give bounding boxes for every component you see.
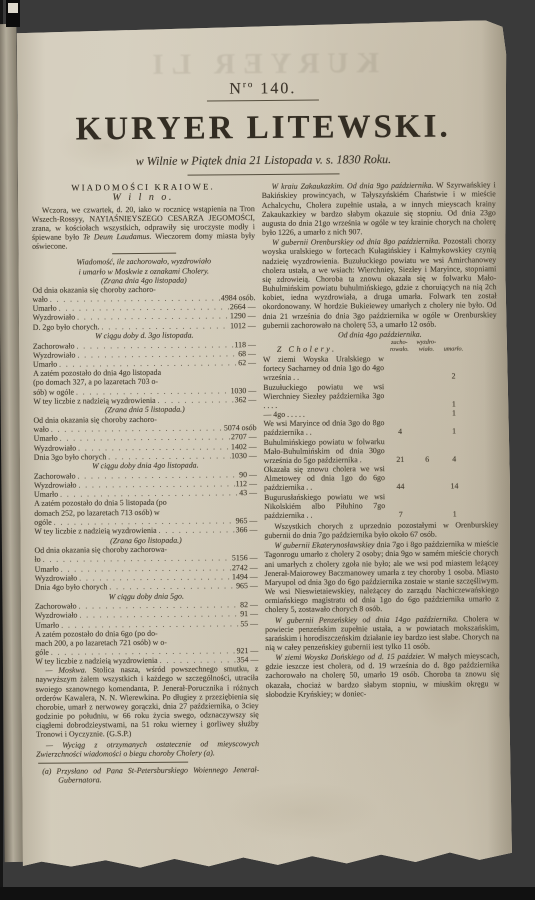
stat-label: Umarło — [33, 360, 57, 369]
stat-label: Zachorowało — [33, 341, 75, 350]
stat-value: 1030 — — [231, 451, 257, 460]
table-row-label: Buhulmińskiego powiatu w folwarku Mało-B… — [264, 437, 387, 465]
table-row: Buhulmińskiego powiatu w folwarku Mało-B… — [264, 436, 468, 465]
left-column: WIADOMOŚCI KRAIOWE. W i l n o. Wczora, w… — [32, 182, 260, 785]
paragraph-text: Stolica nasza, wśród powszechnego smutku… — [35, 664, 258, 739]
footnote: (a) Przysłano od Pana St-Petersburskiego… — [36, 765, 259, 785]
paragraph-lead: — Moskwa. — [45, 666, 86, 675]
corner-tag-mark — [8, 3, 18, 13]
table-date-heading: Od dnia 4go października. — [263, 329, 497, 340]
stat-value: 5074 osób — [224, 423, 257, 432]
scan-bottom-band — [0, 887, 535, 900]
intro-paragraph: Wczora, we czwartek, d. 20, iako w roczn… — [32, 204, 255, 252]
table-cell-u: 2 — [440, 372, 467, 381]
stat-value: 68 — — [238, 349, 256, 358]
table-row: W ziemi Woyska Uralskiego w fortecy Sach… — [263, 354, 467, 383]
excerpt-paragraph: — Wyciąg z otrzymanych ostatecznie od mi… — [36, 739, 259, 759]
stat-value: 366 — — [236, 525, 258, 534]
table-row: Okazała się znowu cholera we wsi Almetow… — [264, 463, 468, 492]
issue-underline — [207, 100, 319, 102]
dateline-rule — [188, 174, 340, 176]
left-stats-flow: Od dnia okazania się choroby zachoro-wał… — [32, 284, 258, 666]
newspaper-page: KURYER LI Nro 140. KURYER LITEWSKI. w Wi… — [15, 20, 514, 872]
corner-tag — [6, 0, 20, 27]
table-header-row: Z Cholery. zacho-rowało. wyzdro-wiało. u… — [263, 339, 467, 354]
stat-label: Wyzdrowiało — [34, 481, 77, 490]
stat-value: 965 — — [236, 516, 258, 525]
issue-number: Nro 140. — [31, 77, 495, 100]
table-row: Buzułuckiego powiatu we wsi Wierchniey S… — [263, 381, 467, 410]
table-cell-z: 21 — [387, 455, 414, 464]
footnote-rule — [38, 761, 188, 763]
ekaterynoslaw-paragraph: W gubernii Ekaterynosławskiey dnia 7go i… — [264, 539, 499, 614]
table-cell-w: 6 — [414, 455, 441, 464]
dot-leader — [157, 525, 236, 535]
stat-value: 43 — — [239, 488, 257, 497]
stat-label: Wyzdrowiało — [33, 350, 76, 359]
header-line: wiało. — [419, 345, 434, 352]
stat-label: Wyzdrowiało — [35, 573, 78, 582]
stat-label: góle — [35, 648, 49, 657]
table-cell-z: 7 — [387, 510, 414, 519]
stat-value: 90 — — [239, 470, 257, 479]
stat-row: Dnia 3go było chorych1030 — — [34, 451, 257, 462]
masthead: Nro 140. KURYER LITEWSKI. w Wilnie w Pią… — [31, 77, 496, 177]
table-row-label: Bugurusłańskiego powiatu we wsi Nikolski… — [264, 492, 387, 520]
stat-value: 965 — — [236, 581, 258, 590]
table-cell-u: 1 — [441, 509, 468, 518]
stat-label: Umarło — [35, 564, 59, 573]
stat-label: Umarło — [33, 304, 57, 313]
stat-value: 1290 — — [230, 311, 256, 320]
stat-row: Umarło55 — — [35, 619, 258, 630]
table-cell-u: 1 — [440, 409, 467, 418]
stat-value: 2742 — — [232, 563, 258, 572]
zakaukaz-paragraph: W kraiu Zakaukazkim. Od dnia 9go paździe… — [262, 181, 496, 238]
stat-label: Zachorowało — [34, 471, 76, 480]
stat-label: Umarło — [34, 490, 58, 499]
stat-value: 1012 — — [230, 321, 256, 330]
table-cell-u: 14 — [441, 482, 468, 491]
stat-label: Dnia 4go było chorych — [35, 582, 108, 592]
stat-value: 82 — — [240, 600, 258, 609]
stat-value: 4984 osób. — [221, 293, 256, 302]
table-cell-u: 1 — [440, 399, 467, 408]
stat-value: 921 — — [237, 646, 259, 655]
table-row-label: We wsi Maryince od dnia 3go do 8go paźdz… — [263, 418, 386, 437]
stat-value: 1494 — — [232, 572, 258, 581]
issue-superscript: ro — [243, 79, 255, 89]
right-column: W kraiu Zakaukazkim. Od dnia 9go paździe… — [262, 181, 501, 784]
stat-value: 112 — — [236, 479, 257, 488]
stat-label: Wyzdrowiało — [34, 443, 77, 452]
stat-value: 118 — — [234, 340, 255, 349]
table-total-paragraph: Wszystkich chorych z uprzednio pozostały… — [264, 520, 498, 540]
cholera-table-rows: W ziemi Woyska Uralskiego w fortecy Sach… — [263, 354, 468, 520]
place-heading: W i l n o. — [32, 193, 255, 204]
stat-row: Dnia 4go było chorych965 — — [35, 581, 258, 592]
scan-viewport: { "colors": { "background": "#3a3a3a", "… — [0, 0, 535, 900]
stat-label: D. 2go było chorych. — [33, 322, 100, 332]
stat-value: 1030 — — [231, 386, 257, 395]
table-title: Z Cholery. — [263, 344, 386, 354]
stat-value: 62 — — [238, 358, 256, 367]
stat-row: W tey liczbie z nadzieią wyzdrowienia362… — [33, 395, 256, 406]
stat-row: D. 2go było chorych.1012 — — [33, 321, 256, 332]
stat-label: wało — [32, 295, 47, 304]
columns: WIADOMOŚCI KRAIOWE. W i l n o. Wczora, w… — [32, 181, 501, 785]
paragraph-text: dnia 7go i 8go października w mieście Ta… — [264, 539, 498, 614]
header-line: umarło. — [444, 345, 463, 352]
table-header-zachorowalo: zacho-rowało. — [386, 340, 413, 353]
dot-leader — [100, 321, 231, 331]
stat-value: 5156 — — [232, 553, 258, 562]
stat-value: 2707 — — [231, 432, 257, 441]
stat-label: sób) w ogóle — [33, 387, 74, 396]
stat-value: 91 — — [240, 609, 258, 618]
stat-value: 1402 — — [231, 442, 257, 451]
stat-label: Wyzdrowiało — [35, 611, 78, 620]
table-header-umarlo: umarło. — [440, 346, 467, 353]
orenburg-paragraph: W gubernii Orenburskiey od dnia 8go paźd… — [262, 236, 497, 329]
table-cell-u: 4 — [441, 454, 468, 463]
stat-value: 55 — — [240, 619, 258, 628]
stat-value: 354 — — [237, 655, 259, 664]
stat-row: W tey liczbie z nadzieią wyzdrowienia366… — [34, 525, 257, 536]
header-line: rowało. — [390, 345, 409, 352]
page-content: Nro 140. KURYER LITEWSKI. w Wilnie w Pią… — [15, 20, 514, 872]
issue-prefix: N — [229, 80, 243, 97]
dot-leader — [107, 581, 236, 591]
dot-leader — [106, 451, 231, 461]
stat-value: 362 — — [235, 395, 257, 404]
stat-label: Dnia 3go było chorych — [34, 452, 107, 462]
don-paragraph: W ziemi Woyska Dońskiego od d. 15 paździ… — [265, 651, 499, 699]
stat-label: ogóle — [34, 517, 52, 526]
stat-label: wało — [33, 425, 48, 434]
stat-value: 2664 — — [230, 302, 256, 311]
newspaper-title: KURYER LITEWSKI. — [31, 109, 495, 149]
moskwa-paragraph: — Moskwa. Stolica nasza, wśród powszechn… — [35, 664, 259, 739]
stat-label: Umarło — [34, 434, 58, 443]
table-row-label: Okazała się znowu cholera we wsi Almetow… — [264, 464, 387, 492]
stat-label: Umarło — [35, 620, 59, 629]
table-header-wyzdrowialo: wyzdro-wiało. — [413, 340, 440, 353]
dot-leader — [156, 395, 235, 405]
cholera-table: Z Cholery. zacho-rowało. wyzdro-wiało. u… — [263, 339, 468, 520]
dot-leader — [59, 619, 240, 630]
intro-latin-phrase: Te Deum Laudamus. — [83, 232, 152, 242]
issue-value: 140. — [254, 80, 296, 97]
penza-paragraph: W gubernii Penzeńskiey od dnia 14go paźd… — [265, 614, 499, 652]
paragraph-text: Pozostali chorzy woyska uralskiego w for… — [262, 236, 497, 329]
stat-label: Wyzdrowiało — [33, 313, 76, 322]
table-cell-u: 1 — [441, 427, 468, 436]
stat-label: W tey liczbie z nadzieią wyzdrowienia — [33, 396, 155, 406]
table-row: We wsi Maryince od dnia 3go do 8go paźdz… — [263, 418, 467, 438]
table-cell-z: 44 — [387, 482, 414, 491]
stat-label: W tey liczbie z nadzieią wyzdrowienia — [34, 526, 156, 536]
dateline: w Wilnie w Piątek dnia 21 Listopada v. s… — [31, 152, 495, 171]
table-row: Bugurusłańskiego powiatu we wsi Nikolski… — [264, 491, 468, 520]
table-row-label: Buzułuckiego powiatu we wsi Wierchniey S… — [263, 382, 386, 410]
divider-rule — [112, 253, 176, 255]
table-cell-z: 4 — [387, 427, 414, 436]
table-row-label: W ziemi Woyska Uralskiego w fortecy Sach… — [263, 354, 386, 382]
stat-label: Zachorowało — [35, 602, 77, 611]
